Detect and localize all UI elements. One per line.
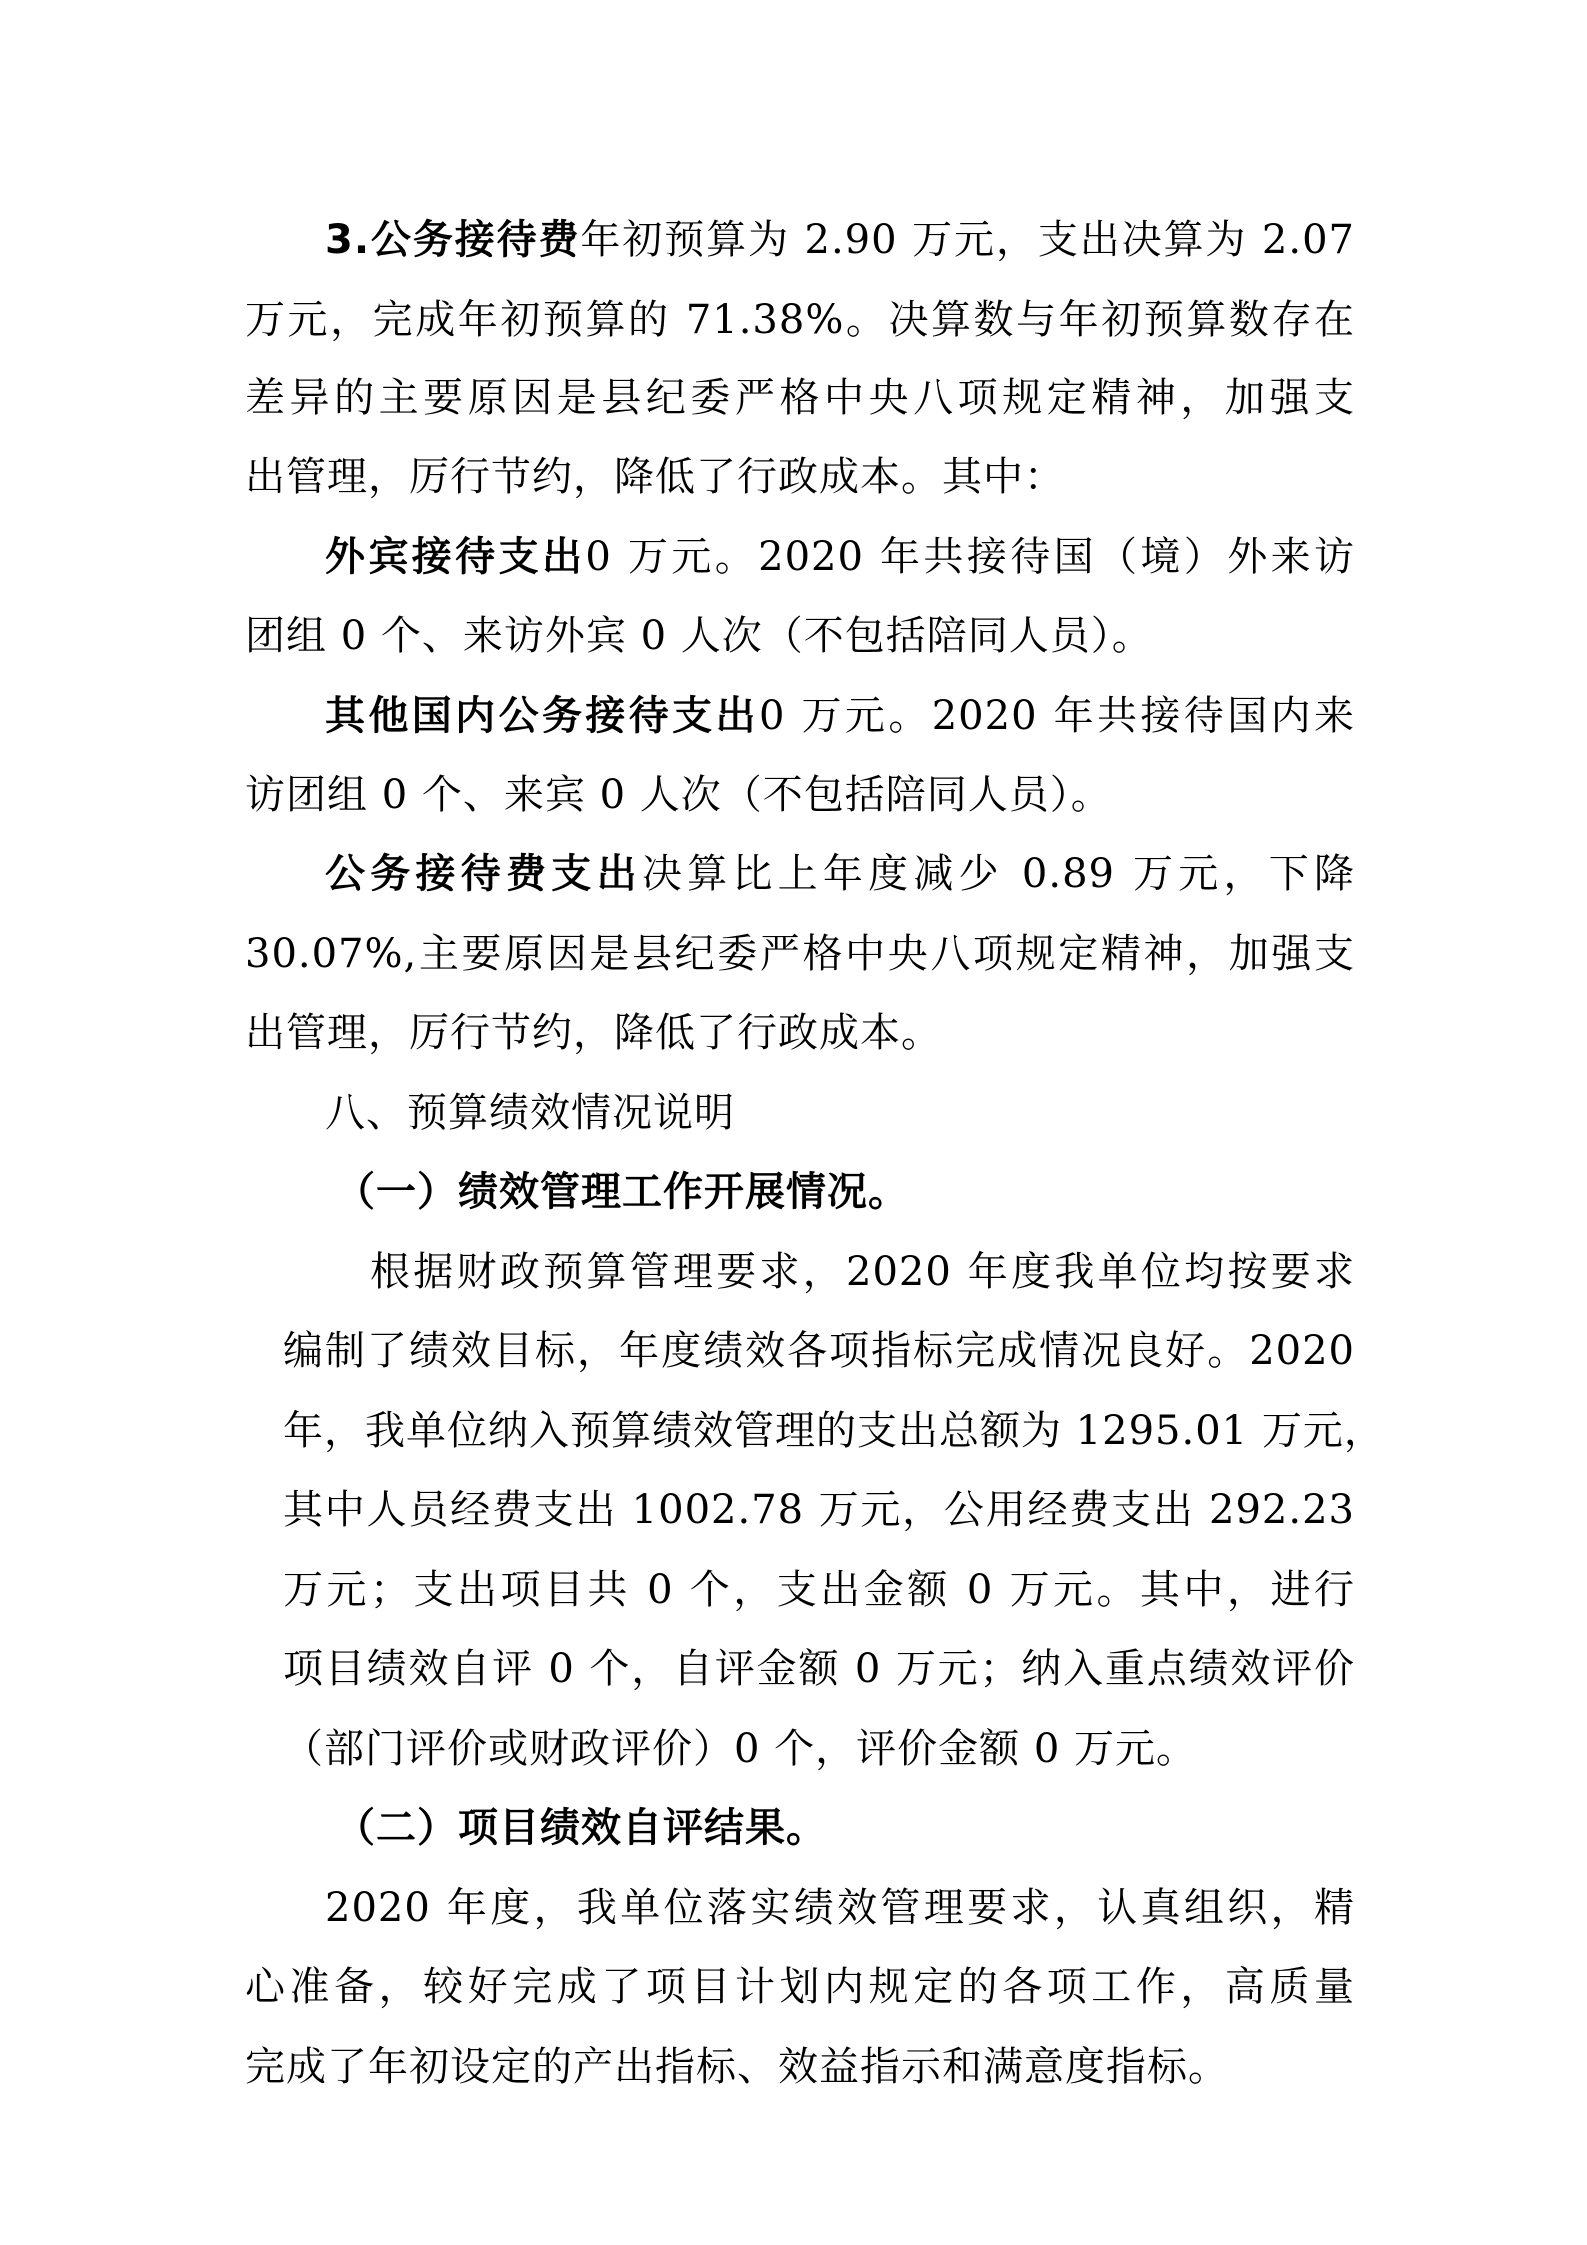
paragraph-self-evaluation-line-1: 2020 年度，我单位落实绩效管理要求，认真组织，精 [325, 1878, 1355, 1938]
paragraph-reception-change-line-2: 30.07%,主要原因是县纪委严格中央八项规定精神，加强支 [245, 924, 1355, 984]
paragraph-reception-change-line-3: 出管理，厉行节约，降低了行政成本。 [245, 1003, 1355, 1063]
paragraph-domestic-reception-line-1: 其他国内公务接待支出0 万元。2020 年共接待国内来 [325, 686, 1355, 746]
paragraph-performance-line-2: 编制了绩效目标，年度绩效各项指标完成情况良好。2020 [283, 1321, 1355, 1381]
subsection-heading-self-evaluation: （二）项目绩效自评结果。 [335, 1798, 1355, 1858]
paragraph-self-evaluation-line-2: 心准备，较好完成了项目计划内规定的各项工作，高质量 [245, 1957, 1355, 2017]
paragraph-self-evaluation-line-3: 完成了年初设定的产出指标、效益指示和满意度指标。 [245, 2037, 1355, 2097]
text: 0 万元。2020 年共接待国内来 [759, 693, 1355, 739]
paragraph-reception-fee-line-2: 万元，完成年初预算的 71.38%。决算数与年初预算数存在 [245, 290, 1355, 350]
paragraph-reception-fee-line-3: 差异的主要原因是县纪委严格中央八项规定精神，加强支 [245, 368, 1355, 428]
paragraph-reception-change-line-1: 公务接待费支出决算比上年度减少 0.89 万元，下降 [325, 844, 1355, 904]
reception-change-label: 公务接待费支出 [325, 851, 642, 897]
paragraph-performance-line-4: 其中人员经费支出 1002.78 万元，公用经费支出 292.23 [283, 1480, 1355, 1540]
paragraph-reception-fee-line-1: 3.公务接待费年初预算为 2.90 万元，支出决算为 2.07 [325, 210, 1355, 270]
text: 年初预算为 2.90 万元，支出决算为 2.07 [580, 217, 1355, 263]
paragraph-domestic-reception-line-2: 访团组 0 个、来宾 0 人次（不包括陪同人员）。 [245, 765, 1355, 825]
paragraph-performance-line-7: （部门评价或财政评价）0 个，评价金额 0 万元。 [283, 1719, 1355, 1779]
section-heading-budget-performance: 八、预算绩效情况说明 [325, 1083, 1355, 1143]
paragraph-performance-line-6: 项目绩效自评 0 个，自评金额 0 万元；纳入重点绩效评价 [283, 1639, 1355, 1699]
paragraph-foreign-reception-line-1: 外宾接待支出0 万元。2020 年共接待国（境）外来访 [325, 527, 1355, 587]
domestic-reception-label: 其他国内公务接待支出 [325, 693, 759, 739]
text: 0 万元。2020 年共接待国（境）外来访 [585, 534, 1355, 580]
document-page: 3.公务接待费年初预算为 2.90 万元，支出决算为 2.07 万元，完成年初预… [0, 0, 1587, 2245]
foreign-reception-label: 外宾接待支出 [325, 534, 585, 580]
subsection-heading-performance-management: （一）绩效管理工作开展情况。 [335, 1162, 1407, 1222]
paragraph-reception-fee-line-4: 出管理，厉行节约，降低了行政成本。其中： [245, 447, 1355, 507]
paragraph-performance-line-3: 年，我单位纳入预算绩效管理的支出总额为 1295.01 万元， [283, 1401, 1355, 1461]
text: 决算比上年度减少 0.89 万元，下降 [642, 851, 1355, 897]
reception-fee-label: 3.公务接待费 [325, 217, 580, 263]
paragraph-foreign-reception-line-2: 团组 0 个、来访外宾 0 人次（不包括陪同人员）。 [245, 606, 1355, 666]
paragraph-performance-line-1: 根据财政预算管理要求，2020 年度我单位均按要求 [370, 1242, 1355, 1302]
paragraph-performance-line-5: 万元；支出项目共 0 个，支出金额 0 万元。其中，进行 [283, 1560, 1355, 1620]
